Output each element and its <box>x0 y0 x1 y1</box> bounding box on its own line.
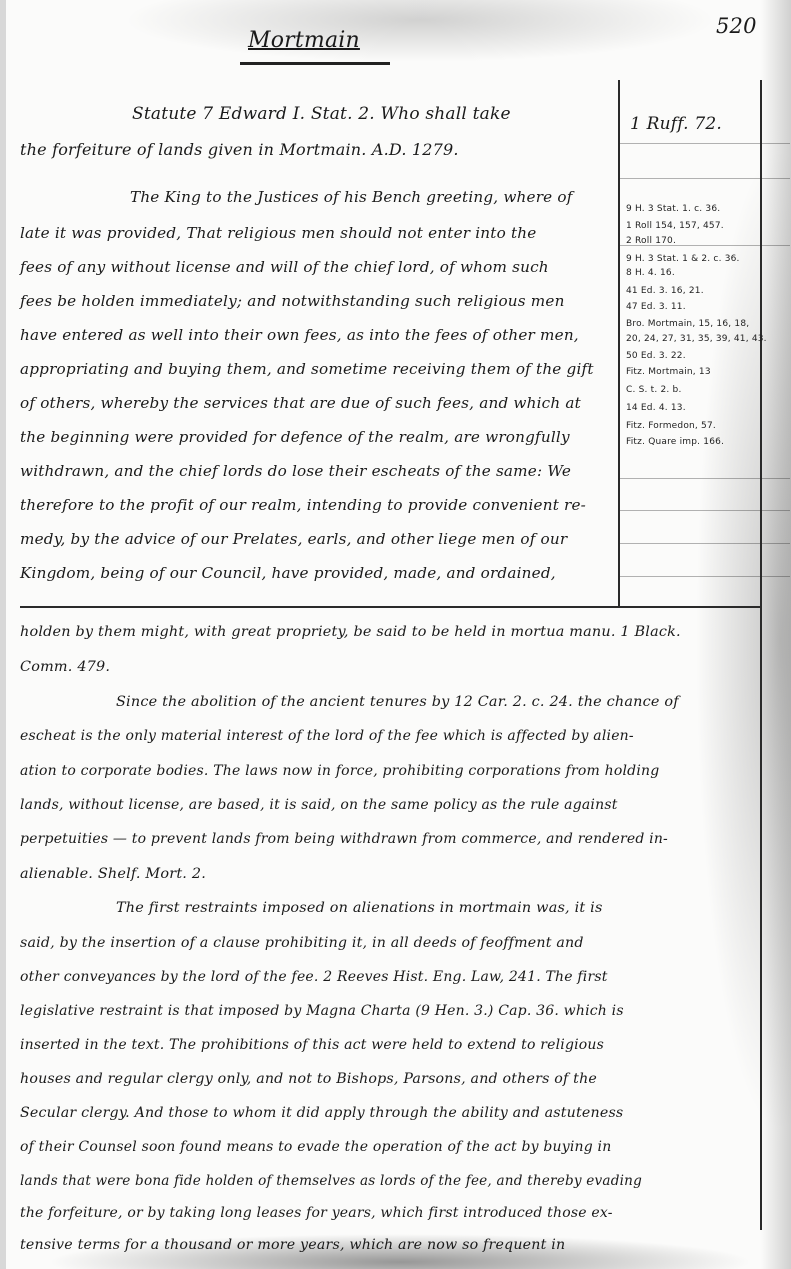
commentary-line: inserted in the text. The prohibitions o… <box>20 1037 604 1053</box>
statute-line: Kingdom, being of our Council, have prov… <box>20 564 556 582</box>
statute-heading-line-2: the forfeiture of lands given in Mortmai… <box>20 140 459 159</box>
margin-note: Fitz. Formedon, 57. <box>626 421 716 431</box>
margin-note: 9 H. 3 Stat. 1 & 2. c. 36. <box>626 254 740 264</box>
margin-divider-left <box>618 80 620 608</box>
margin-rule <box>620 143 790 144</box>
margin-rule <box>620 543 790 544</box>
statute-heading-line-1: Statute 7 Edward I. Stat. 2. Who shall t… <box>132 104 511 124</box>
margin-note: Fitz. Mortmain, 13 <box>626 367 711 377</box>
margin-rule <box>620 478 790 479</box>
section-divider <box>20 606 762 608</box>
statute-line: late it was provided, That religious men… <box>20 224 536 242</box>
margin-note: 2 Roll 170. <box>626 236 676 246</box>
commentary-line: alienable. Shelf. Mort. 2. <box>20 866 206 882</box>
commentary-line: lands that were bona fide holden of them… <box>20 1173 642 1189</box>
commentary-line: legislative restraint is that imposed by… <box>20 1003 624 1019</box>
margin-rule <box>620 510 790 511</box>
margin-note: 8 H. 4. 16. <box>626 268 675 278</box>
margin-divider-right <box>760 80 762 1230</box>
margin-note: 9 H. 3 Stat. 1. c. 36. <box>626 204 720 214</box>
margin-note: 1 Roll 154, 157, 457. <box>626 221 724 231</box>
statute-line: medy, by the advice of our Prelates, ear… <box>20 530 567 548</box>
commentary-line: Since the abolition of the ancient tenur… <box>116 694 679 710</box>
commentary-line: Secular clergy. And those to whom it did… <box>20 1105 623 1121</box>
commentary-line: escheat is the only material interest of… <box>20 728 634 744</box>
commentary-line: lands, without license, are based, it is… <box>20 797 618 813</box>
margin-note: C. S. t. 2. b. <box>626 385 682 395</box>
scan-edge-left <box>0 0 6 1269</box>
margin-rule <box>620 576 790 577</box>
commentary-line: The first restraints imposed on alienati… <box>116 900 603 916</box>
statute-line: the beginning were provided for defence … <box>20 428 570 446</box>
margin-note: 14 Ed. 4. 13. <box>626 403 686 413</box>
margin-note: Bro. Mortmain, 15, 16, 18, <box>626 319 749 329</box>
statute-line: fees of any without license and will of … <box>20 258 549 276</box>
margin-note: 50 Ed. 3. 22. <box>626 351 686 361</box>
margin-note: 41 Ed. 3. 16, 21. <box>626 286 704 296</box>
page-number: 520 <box>716 14 757 38</box>
commentary-line: Comm. 479. <box>20 659 110 675</box>
margin-note: 20, 24, 27, 31, 35, 39, 41, 43. <box>626 334 767 344</box>
statute-line: withdrawn, and the chief lords do lose t… <box>20 462 571 480</box>
commentary-line: holden by them might, with great proprie… <box>20 624 681 640</box>
statute-line: appropriating and buying them, and somet… <box>20 360 594 378</box>
statute-line: The King to the Justices of his Bench gr… <box>130 188 573 206</box>
statute-line: therefore to the profit of our realm, in… <box>20 496 586 514</box>
scan-edge-right <box>761 0 791 1269</box>
commentary-line: houses and regular clergy only, and not … <box>20 1071 597 1087</box>
manuscript-page: 520 Mortmain Statute 7 Edward I. Stat. 2… <box>0 0 791 1269</box>
title-underline <box>240 62 390 65</box>
commentary-line: said, by the insertion of a clause prohi… <box>20 935 584 951</box>
margin-note: 47 Ed. 3. 11. <box>626 302 686 312</box>
statute-line: fees be holden immediately; and notwiths… <box>20 292 565 310</box>
commentary-line: ation to corporate bodies. The laws now … <box>20 763 659 779</box>
page-title: Mortmain <box>248 28 360 53</box>
commentary-line: of their Counsel soon found means to eva… <box>20 1139 611 1155</box>
statute-line: have entered as well into their own fees… <box>20 326 579 344</box>
statute-line: of others, whereby the services that are… <box>20 394 581 412</box>
margin-note-ruff: 1 Ruff. 72. <box>630 114 722 134</box>
margin-rule <box>620 178 790 179</box>
commentary-line: the forfeiture, or by taking long leases… <box>20 1205 613 1221</box>
commentary-line: other conveyances by the lord of the fee… <box>20 969 608 985</box>
commentary-line: perpetuities — to prevent lands from bei… <box>20 831 668 847</box>
margin-note: Fitz. Quare imp. 166. <box>626 437 724 447</box>
commentary-line: tensive terms for a thousand or more yea… <box>20 1237 565 1253</box>
